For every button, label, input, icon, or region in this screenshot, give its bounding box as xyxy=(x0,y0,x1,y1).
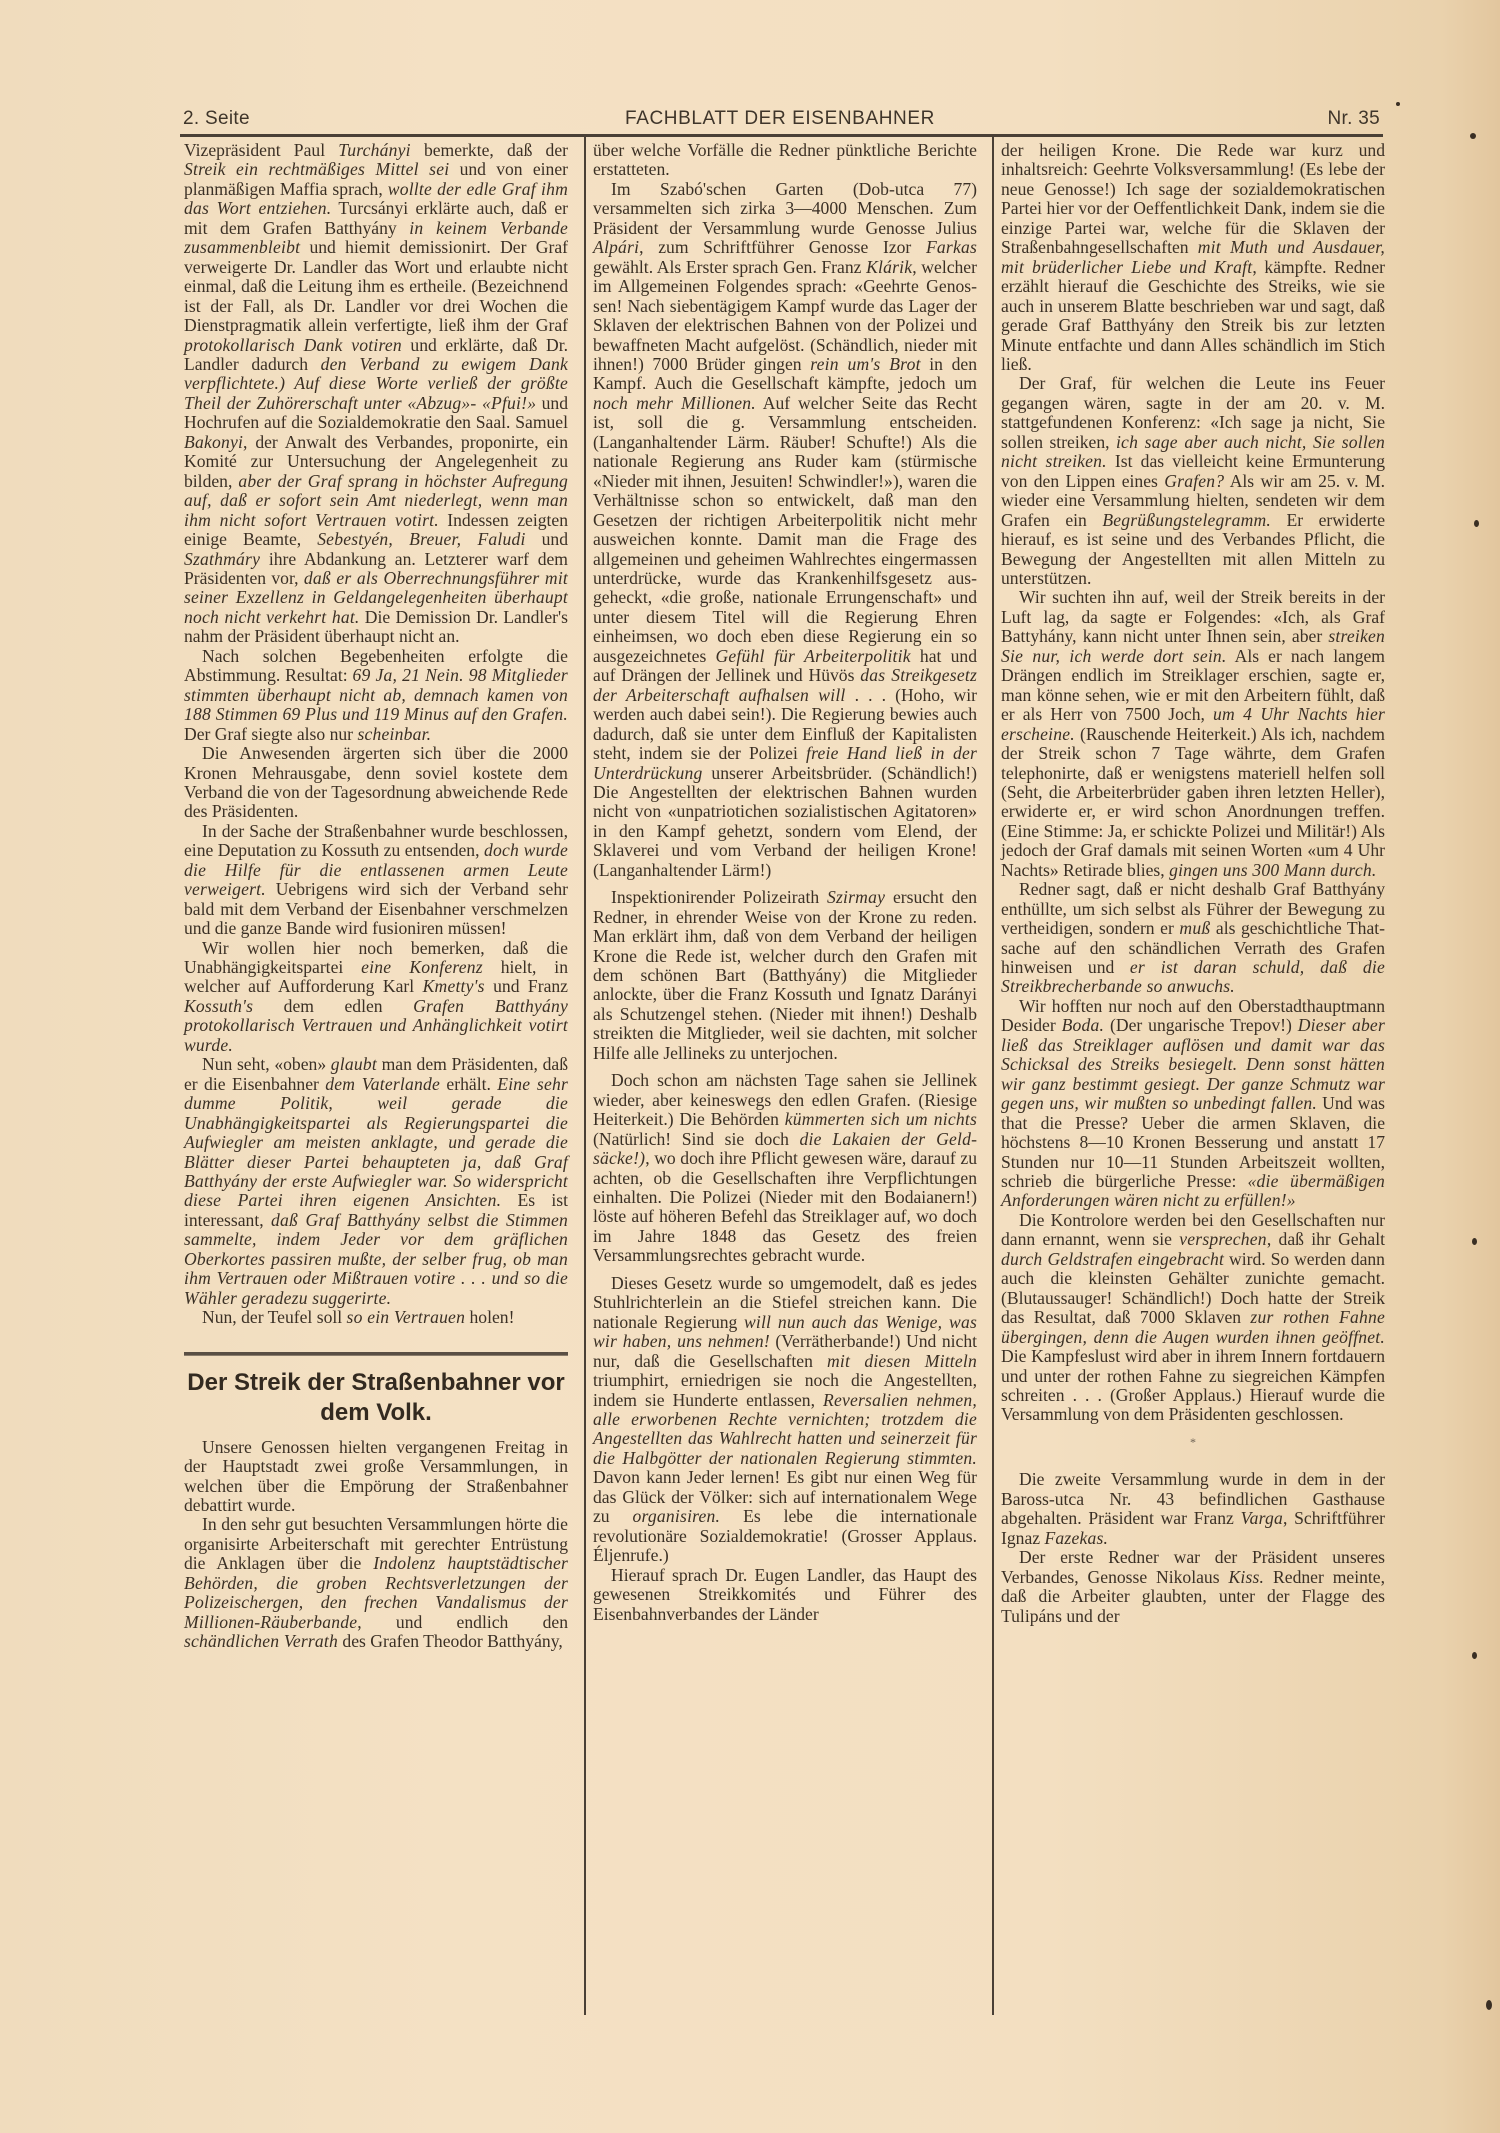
paragraph: Wir suchten ihn auf, weil der Streik ber… xyxy=(1001,588,1385,880)
body-text: (Der un­garische Trepov!) xyxy=(1104,1015,1298,1035)
paragraph: Im Szabó'schen Garten (Dob-utca 77) vers… xyxy=(593,180,977,880)
emphasis-text: Alpári xyxy=(593,237,639,257)
emphasis-text: Kiss. xyxy=(1228,1567,1264,1587)
body-text: Inspektionirender Polizeirath xyxy=(611,887,827,907)
paragraph: der heiligen Krone. Die Rede war kurz un… xyxy=(1001,141,1385,374)
body-text: Vizepräsident Paul xyxy=(184,140,338,160)
article-body: Die zweite Versammlung wurde in dem in d… xyxy=(1001,1470,1385,1626)
body-text: des Grafen Theodor Batthyány, xyxy=(338,1631,563,1651)
paper-speck xyxy=(1396,102,1400,106)
emphasis-text: Boda. xyxy=(1062,1015,1105,1035)
paper-speck xyxy=(1472,1238,1477,1245)
paragraph: Nun seht, «oben» glaubt man dem Prä­side… xyxy=(184,1055,568,1308)
column-divider xyxy=(992,137,994,2015)
paper-speck xyxy=(1472,1652,1477,1659)
asterism-separator: * xyxy=(1001,1433,1385,1452)
paragraph: In der Sache der Straßenbahner wurde bes… xyxy=(184,822,568,939)
column-2: über welche Vorfälle die Redner pünkt­li… xyxy=(593,141,977,1624)
emphasis-text: eine Konferenz xyxy=(361,957,483,977)
article-body: der heiligen Krone. Die Rede war kurz un… xyxy=(1001,141,1385,1425)
article-continuation: Vizepräsident Paul Turchányi bemerkte, d… xyxy=(184,141,568,1328)
emphasis-text: schändlichen Verrath xyxy=(184,1631,338,1651)
body-text: holen! xyxy=(465,1307,514,1327)
paragraph: Wir wollen hier noch bemerken, daß die U… xyxy=(184,939,568,1056)
section-rule xyxy=(184,1352,568,1356)
emphasis-text: Klárik xyxy=(866,257,912,277)
emphasis-text: Varga xyxy=(1241,1508,1283,1528)
body-text: bemerkte, daß der xyxy=(411,140,568,160)
emphasis-text: Bakonyi xyxy=(184,432,243,452)
emphasis-text: scheinbar. xyxy=(357,724,431,744)
body-text: Im Szabó'schen Garten (Dob-utca 77) vers… xyxy=(593,179,977,238)
paragraph: Die Anwesenden ärgerten sich über die 20… xyxy=(184,744,568,822)
issue-number: Nr. 35 xyxy=(1328,108,1381,130)
paragraph: über welche Vorfälle die Redner pünkt­li… xyxy=(593,141,977,180)
column-divider xyxy=(584,137,586,2015)
emphasis-text: glaubt xyxy=(331,1054,377,1074)
emphasis-text: kümmerten sich um nichts xyxy=(785,1109,977,1129)
body-text: Nun seht, «oben» xyxy=(202,1054,331,1074)
emphasis-text: ver­sprechen xyxy=(1179,1229,1267,1249)
emphasis-text: mit diesen Mitteln xyxy=(827,1351,977,1371)
emphasis-text: Turchányi xyxy=(338,140,411,160)
paragraph: Nach solchen Begebenheiten erfolgte die … xyxy=(184,647,568,744)
body-text: und xyxy=(526,529,568,549)
emphasis-text: Szathmáry xyxy=(184,549,260,569)
body-text: , zum Schriftführer Genosse Izor xyxy=(639,237,926,257)
paragraph: Die Kontrolore werden bei den Gesell­sch… xyxy=(1001,1211,1385,1425)
body-text: Die Kampfeslust wird aber in ihrem Inner… xyxy=(1001,1346,1385,1424)
body-text: , und endlich den xyxy=(357,1612,568,1632)
emphasis-text: Gefühl für Arbeiterpolitik xyxy=(716,646,911,666)
paragraph: Der erste Redner war der Präsident unser… xyxy=(1001,1548,1385,1626)
newspaper-page: 2. Seite FACHBLATT DER EISENBAHNER Nr. 3… xyxy=(0,0,1500,2133)
emphasis-text: Kmetty's xyxy=(423,976,485,996)
article-headline: Der Streik der Straßenbahner vor dem Vol… xyxy=(184,1368,568,1428)
emphasis-text: Farkas xyxy=(926,237,977,257)
body-text: Nun, der Teufel soll xyxy=(202,1307,347,1327)
body-text: er­sucht den Redner, in ehrender Weise v… xyxy=(593,887,977,1063)
masthead-title: FACHBLATT DER EISENBAHNER xyxy=(180,108,1380,130)
header-rule xyxy=(180,134,1383,137)
paragraph: Nun, der Teufel soll so ein Vertrauen ho… xyxy=(184,1308,568,1327)
paper-speck xyxy=(1486,2000,1492,2010)
column-1: Vizepräsident Paul Turchányi bemerkte, d… xyxy=(184,141,568,1652)
emphasis-text: muß xyxy=(1179,918,1210,938)
paragraph: Redner sagt, daß er nicht deshalb Graf B… xyxy=(1001,880,1385,997)
paragraph: Inspektionirender Polizeirath Szirmay er… xyxy=(593,888,977,1063)
emphasis-text: protokollarisch Dank votiren xyxy=(184,335,402,355)
page-header: 2. Seite FACHBLATT DER EISENBAHNER Nr. 3… xyxy=(180,108,1380,134)
emphasis-text: durch Geldstrafen eingebracht xyxy=(1001,1249,1224,1269)
body-text: , daß ihr Gehalt xyxy=(1267,1229,1385,1249)
body-text: Der Graf siegte also nur xyxy=(184,724,357,744)
paragraph: Dieses Gesetz wurde so umgemodelt, daß e… xyxy=(593,1274,977,1566)
paragraph: Der Graf, für welchen die Leute ins Feue… xyxy=(1001,374,1385,588)
emphasis-text: dem Vaterlande xyxy=(325,1074,440,1094)
emphasis-text: rein um's Brot xyxy=(810,354,920,374)
paragraph: Die zweite Versammlung wurde in dem in d… xyxy=(1001,1470,1385,1548)
article-body: Unsere Genossen hielten vergangenen Frei… xyxy=(184,1438,568,1652)
emphasis-text: organisiren. xyxy=(633,1506,721,1526)
emphasis-text: noch mehr Millionen. xyxy=(593,393,756,413)
body-text: Unsere Genossen hielten vergangenen Frei… xyxy=(184,1437,568,1515)
body-text: gewählt. Als Erster sprach Gen. Franz xyxy=(593,257,866,277)
emphasis-text: Szirmay xyxy=(827,887,885,907)
emphasis-text: gingen uns 300 Mann durch. xyxy=(1169,860,1376,880)
paragraph: Wir hofften nur noch auf den Ober­stadth… xyxy=(1001,997,1385,1211)
emphasis-text: Sebestyén, Breuer, Faludi xyxy=(317,529,525,549)
paragraph: In den sehr gut besuchten Versamm­lungen… xyxy=(184,1515,568,1651)
paragraph: Vizepräsident Paul Turchányi bemerkte, d… xyxy=(184,141,568,647)
paper-speck xyxy=(1474,520,1479,527)
article-body: über welche Vorfälle die Redner pünkt­li… xyxy=(593,141,977,1624)
paragraph: Doch schon am nächsten Tage sahen sie Je… xyxy=(593,1071,977,1266)
emphasis-text: Streik ein rechtmäßiges Mittel sei xyxy=(184,159,449,179)
body-text: erhält. xyxy=(440,1074,497,1094)
emphasis-text: Grafen? xyxy=(1164,471,1224,491)
paragraph: Unsere Genossen hielten vergangenen Frei… xyxy=(184,1438,568,1516)
emphasis-text: Begrüßungs­telegramm. xyxy=(1102,510,1271,530)
body-text: Die Anwesenden ärgerten sich über die 20… xyxy=(184,743,568,821)
column-3: der heiligen Krone. Die Rede war kurz un… xyxy=(1001,141,1385,1626)
emphasis-text: Fazekas. xyxy=(1044,1528,1108,1548)
body-text: dem edlen xyxy=(253,996,413,1016)
body-text: Auf wel­cher Seite das Recht ist, soll d… xyxy=(593,393,977,666)
body-text: über welche Vorfälle die Redner pünkt­li… xyxy=(593,140,977,179)
body-text: , wo doch ihre Pflicht gewesen wäre, dar… xyxy=(593,1148,977,1265)
emphasis-text: so ein Vertrauen xyxy=(347,1307,466,1327)
paragraph: Hierauf sprach Dr. Eugen Landler, das Ha… xyxy=(593,1566,977,1624)
emphasis-text: Kossuth's xyxy=(184,996,253,1016)
body-text: (Rauschende Heiterkeit.) Als ich, nachde… xyxy=(1001,724,1385,880)
paper-speck xyxy=(1470,133,1476,139)
body-text: Hierauf sprach Dr. Eugen Landler, das Ha… xyxy=(593,1565,977,1624)
body-text: und Franz xyxy=(485,976,568,996)
body-text: (Natür­lich! Sind sie doch xyxy=(593,1129,800,1149)
